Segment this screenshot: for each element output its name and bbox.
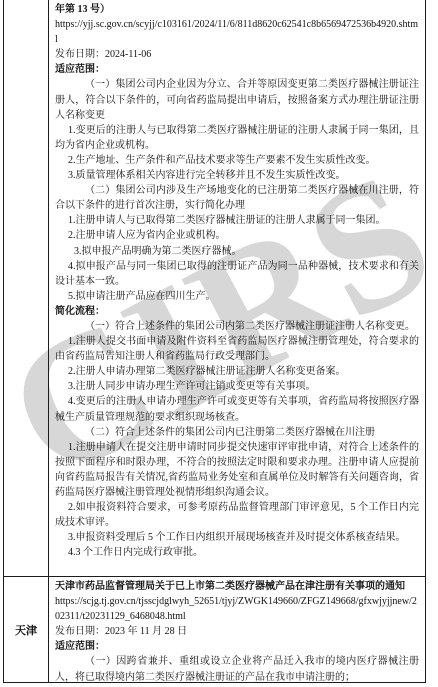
document-paragraph: 2.生产地址、生产条件和产品技术要求等生产要素不发生实质性改变。 [55, 153, 419, 168]
region-content-cell: 天津市药品监督管理局关于已上市第二类医疗器械产品在津注册有关事项的通知https… [49, 577, 425, 682]
regulation-table: 年第 13 号）https://yjj.sc.gov.cn/scyjj/c103… [3, 0, 426, 683]
region-content-cell: 年第 13 号）https://yjj.sc.gov.cn/scyjj/c103… [49, 0, 425, 576]
document-paragraph: 2.注册人申请办理第二类医疗器械注册证注册人名称变更备案。 [55, 364, 419, 379]
document-paragraph: 1.注册申请人在提交注册申请时同步提交快速审评审批申请，对符合上述条件的按照下面… [55, 440, 419, 500]
document-paragraph: 4.3 个工作日内完成行政审批。 [55, 545, 419, 560]
document-paragraph: 4.拟申报产品与同一集团已取得的注册证产品为同一品种器械，技术要求和有关设计基本… [55, 259, 419, 289]
document-paragraph: 发布日期：2023 年 11 月 28 日 [55, 624, 419, 639]
document-paragraph: 4.变更后的注册人申请办理生产许可或变更等有关事项，省药监局将按照医疗器械生产质… [55, 394, 419, 424]
document-paragraph: 1.注册人提交书面申请及附件资料至省药监局医疗器械注册管理处，符合要求的由省药监… [55, 334, 419, 364]
document-paragraph: 3.质量管理体系相关内容进行完全转移并且不发生实质性改变。 [55, 168, 419, 183]
document-paragraph: （二）符合上述条件的集团公司内已注册第二类医疗器械在川注册 [55, 425, 419, 440]
document-paragraph: 适应范围： [55, 62, 419, 77]
document-paragraph: （二）集团公司内涉及生产场地变化的已注册第二类医疗器械在川注册，符合以下条件的进… [55, 183, 419, 213]
document-paragraph: 适应范围： [55, 639, 419, 654]
document-paragraph: （一）因跨省兼并、重组或设立企业将产品迁入我市的境内医疗器械注册人，将已取得境内… [55, 654, 419, 682]
document-paragraph: 3.申报资料受理后 5 个工作日内组织开展现场核查并及时提交体系核查结果。 [55, 530, 419, 545]
document-paragraph: 天津市药品监督管理局关于已上市第二类医疗器械产品在津注册有关事项的通知 [55, 579, 419, 594]
document-paragraph: 年第 13 号） [55, 2, 419, 17]
document-paragraph: 3.注册人同步申请办理生产许可注销或变更等有关事项。 [55, 379, 419, 394]
region-label-cell [4, 0, 49, 576]
region-label-cell: 天津 [4, 577, 49, 682]
document-paragraph: 5.拟申请注册产品应在四川生产。 [55, 289, 419, 304]
document-paragraph: 1.注册申请人与已取得第二类医疗器械注册证的注册人隶属于同一集团。 [55, 213, 419, 228]
document-paragraph: 1.变更后的注册人与已取得第二类医疗器械注册证的注册人隶属于同一集团，且均为省内… [55, 123, 419, 153]
document-paragraph: 2.注册申请人应为省内企业或机构。 [55, 228, 419, 243]
document-url-text: https://yjj.sc.gov.cn/scyjj/c103161/2024… [55, 17, 419, 47]
document-url-text: https://scjg.tj.gov.cn/tjsscjdglwyh_5265… [55, 594, 419, 624]
document-paragraph: 3.拟申报产品明确为第二类医疗器械。 [55, 244, 419, 259]
table-row: 年第 13 号）https://yjj.sc.gov.cn/scyjj/c103… [4, 0, 425, 577]
document-page: CIRS 年第 13 号）https://yjj.sc.gov.cn/scyjj… [0, 0, 438, 687]
document-paragraph: 2.如申报资料符合要求，可参考原药品监督管理部门审评意见，5 个工作日内完成技术… [55, 500, 419, 530]
document-paragraph: 简化流程： [55, 304, 419, 319]
document-paragraph: （一）符合上述条件的集团公司内第二类医疗器械注册证注册人名称变更。 [55, 319, 419, 334]
table-row: 天津天津市药品监督管理局关于已上市第二类医疗器械产品在津注册有关事项的通知htt… [4, 577, 425, 682]
document-paragraph: （一）集团公司内企业因为分立、合并等原因变更第二类医疗器械注册证注册人，符合以下… [55, 77, 419, 122]
document-paragraph: 发布日期：2024-11-06 [55, 47, 419, 62]
